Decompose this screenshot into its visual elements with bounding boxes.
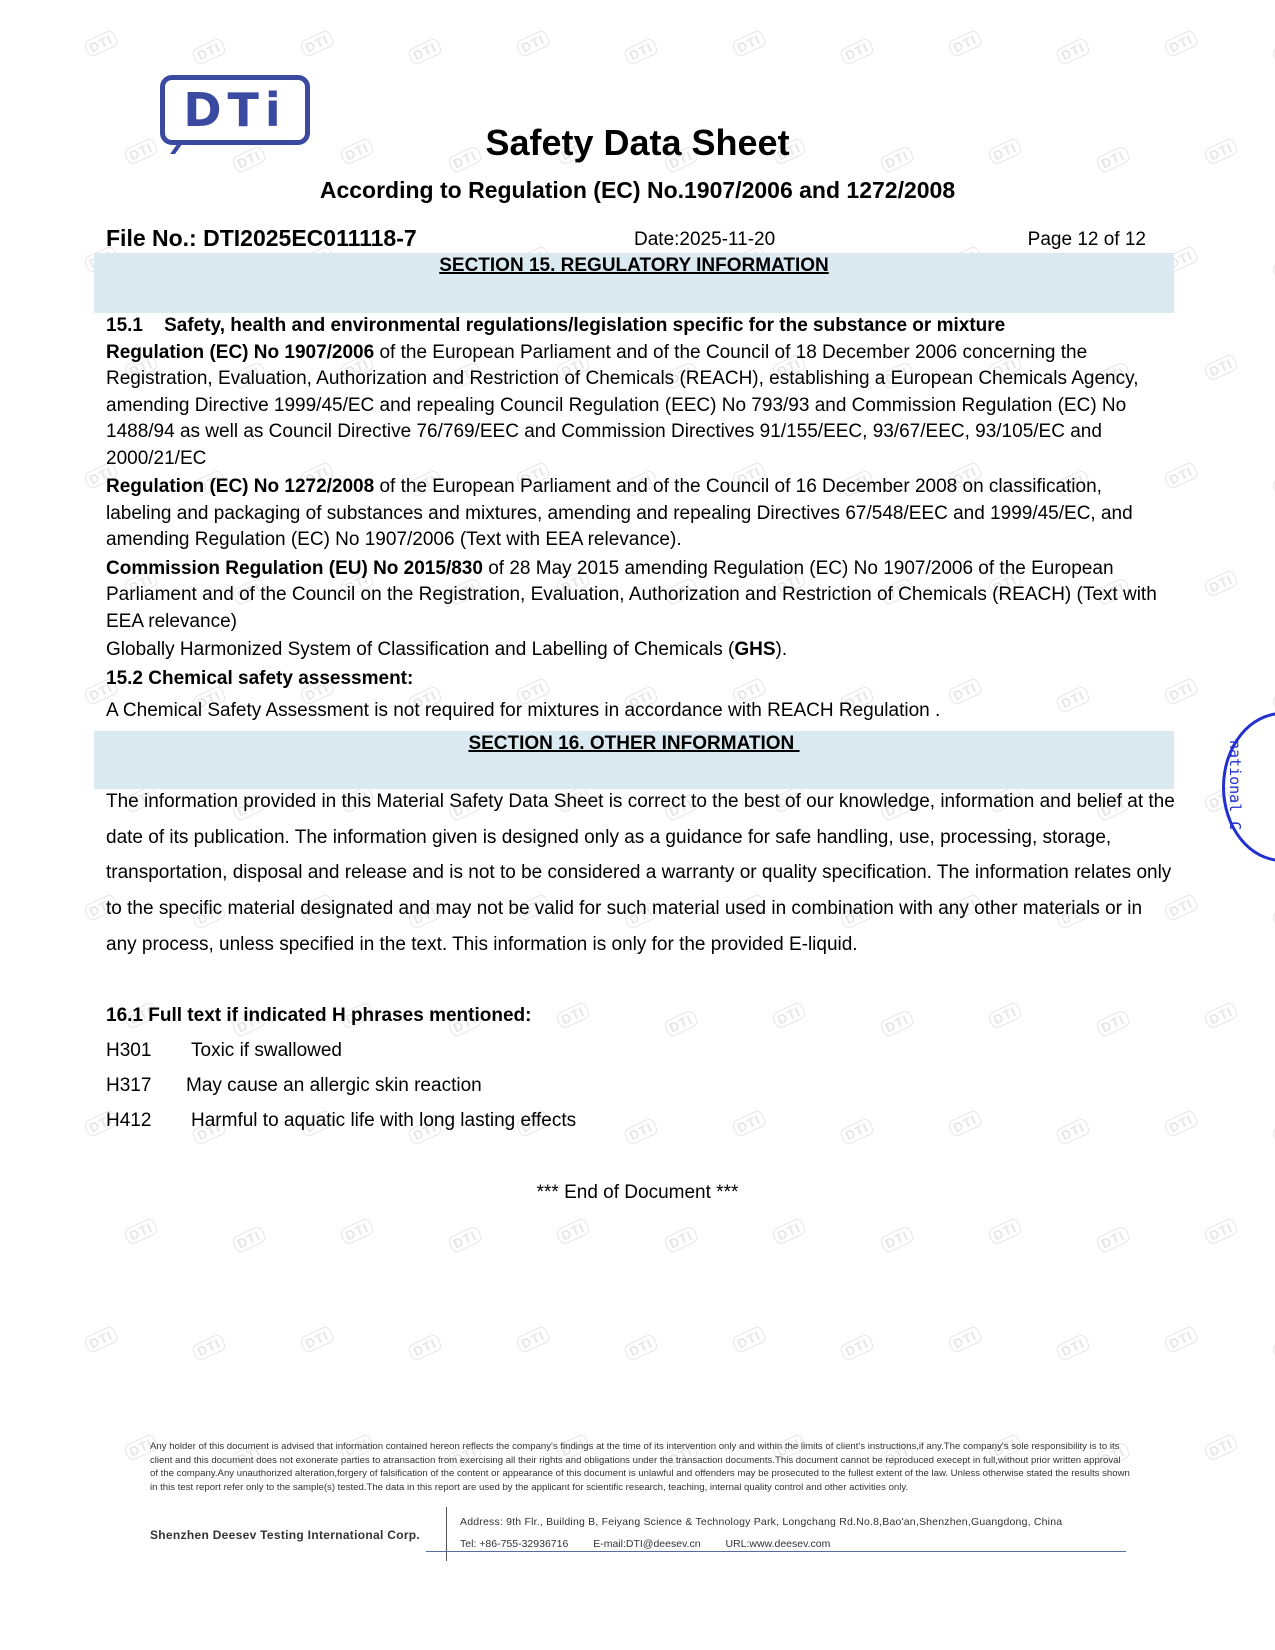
end-of-document: *** End of Document *** (0, 1182, 1275, 1204)
subsection-15-1-heading: 15.1 Safety, health and environmental re… (106, 313, 1166, 340)
regulation-1272-2008: Regulation (EC) No 1272/2008 of the Euro… (106, 474, 1166, 554)
document-date: Date:2025-11-20 (634, 229, 775, 251)
section-16-header: SECTION 16. OTHER INFORMATION (94, 731, 1174, 789)
section-16-title: SECTION 16. OTHER INFORMATION (468, 733, 799, 754)
regulation-1907-2006: Regulation (EC) No 1907/2006 of the Euro… (106, 340, 1166, 473)
h-phrase-row: H317May cause an allergic skin reaction (106, 1075, 482, 1097)
h-phrase-row: H412Harmful to aquatic life with long la… (106, 1110, 576, 1132)
footer-tel: Tel: +86-755-32936716 (460, 1538, 568, 1550)
footer-email: E-mail:DTI@deesev.cn (593, 1538, 700, 1550)
stamp-text: national C (1226, 740, 1244, 830)
h-phrase-code: H317 (106, 1075, 186, 1097)
chemical-safety-assessment-text: A Chemical Safety Assessment is not requ… (106, 698, 1166, 725)
h-phrase-row: H301Toxic if swallowed (106, 1040, 342, 1062)
document-page: DTi Safety Data Sheet According to Regul… (0, 0, 1275, 1650)
h-phrase-code: H412 (106, 1110, 191, 1132)
h-phrase-code: H301 (106, 1040, 191, 1062)
other-information-text: The information provided in this Materia… (106, 784, 1176, 963)
document-subtitle: According to Regulation (EC) No.1907/200… (0, 177, 1275, 204)
subsection-16-1-heading: 16.1 Full text if indicated H phrases me… (106, 1003, 1166, 1030)
footer-disclaimer: Any holder of this document is advised t… (150, 1440, 1130, 1494)
h-phrase-text: Toxic if swallowed (191, 1040, 342, 1061)
footer-address: Address: 9th Flr., Building B, Feiyang S… (460, 1516, 1062, 1528)
section-15-title: SECTION 15. REGULATORY INFORMATION (439, 255, 829, 276)
section-15-header: SECTION 15. REGULATORY INFORMATION (94, 253, 1174, 313)
h-phrase-text: Harmful to aquatic life with long lastin… (191, 1110, 576, 1131)
page-number: Page 12 of 12 (1028, 229, 1146, 251)
h-phrase-text: May cause an allergic skin reaction (186, 1075, 482, 1096)
footer-contacts: Tel: +86-755-32936716 E-mail:DTI@deesev.… (460, 1538, 852, 1550)
footer-url: URL:www.deesev.com (725, 1538, 830, 1550)
file-number: File No.: DTI2025EC011118-7 (106, 225, 417, 252)
document-title: Safety Data Sheet (0, 122, 1275, 164)
footer-company-name: Shenzhen Deesev Testing International Co… (150, 1528, 420, 1542)
file-info-line: File No.: DTI2025EC011118-7 Date:2025-11… (106, 225, 1146, 253)
ghs-reference: Globally Harmonized System of Classifica… (106, 637, 1166, 664)
regulation-2015-830: Commission Regulation (EU) No 2015/830 o… (106, 556, 1166, 636)
subsection-15-2-heading: 15.2 Chemical safety assessment: (106, 666, 1166, 693)
footer-divider-horizontal (426, 1551, 1126, 1552)
footer-divider-vertical (446, 1507, 447, 1561)
section-15-body: 15.1 Safety, health and environmental re… (106, 313, 1166, 725)
